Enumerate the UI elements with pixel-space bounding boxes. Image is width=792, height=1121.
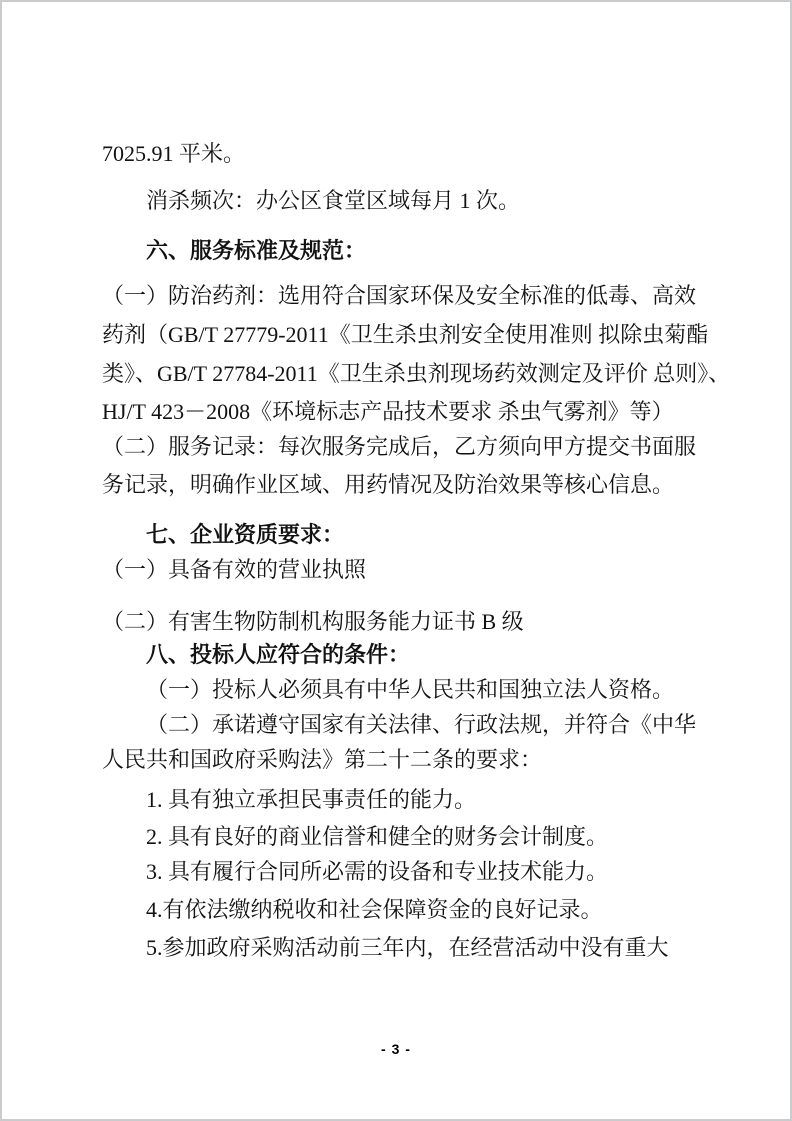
doc-line: 类》、GB/T 27784-2011《卫生杀虫剂现场药效测定及评价 总则》、 (102, 363, 698, 385)
doc-line-condition-5: 5.参加政府采购活动前三年内，在经营活动中没有重大 (102, 937, 698, 959)
doc-line: 人民共和国政府采购法》第二十二条的要求： (102, 749, 698, 771)
section-6-heading: 六、服务标准及规范： (102, 240, 698, 262)
document-body: 7025.91 平米。 消杀频次：办公区食堂区域每月 1 次。 六、服务标准及规… (102, 2, 698, 959)
doc-line: （二）服务记录：每次服务完成后，乙方须向甲方提交书面服 (102, 436, 698, 458)
doc-line-condition-1: 1. 具有独立承担民事责任的能力。 (102, 789, 698, 811)
section-8-heading: 八、投标人应符合的条件： (102, 644, 698, 666)
doc-line: （一）具备有效的营业执照 (102, 559, 698, 581)
doc-line: （二）有害生物防制机构服务能力证书 B 级 (102, 611, 698, 633)
doc-line: 药剂（GB/T 27779-2011《卫生杀虫剂安全使用准则 拟除虫菊酯 (102, 324, 698, 346)
doc-line: HJ/T 423－2008《环境标志产品技术要求 杀虫气雾剂》等） (102, 401, 698, 423)
doc-line: 务记录，明确作业区域、用药情况及防治效果等核心信息。 (102, 474, 698, 496)
doc-line-frequency: 消杀频次：办公区食堂区域每月 1 次。 (102, 190, 698, 212)
doc-line-condition-3: 3. 具有履行合同所必需的设备和专业技术能力。 (102, 861, 698, 883)
page-number: - 3 - (2, 1041, 790, 1057)
doc-line: （二）承诺遵守国家有关法律、行政法规，并符合《中华 (102, 714, 698, 736)
doc-line-area-total: 7025.91 平米。 (102, 143, 698, 165)
document-page: 7025.91 平米。 消杀频次：办公区食堂区域每月 1 次。 六、服务标准及规… (0, 0, 792, 1121)
doc-line-condition-2: 2. 具有良好的商业信誉和健全的财务会计制度。 (102, 826, 698, 848)
section-7-heading: 七、企业资质要求： (102, 524, 698, 546)
doc-line: （一）投标人必须具有中华人民共和国独立法人资格。 (102, 679, 698, 701)
doc-line: （一）防治药剂：选用符合国家环保及安全标准的低毒、高效 (102, 285, 698, 307)
doc-line-condition-4: 4.有依法缴纳税收和社会保障资金的良好记录。 (102, 899, 698, 921)
